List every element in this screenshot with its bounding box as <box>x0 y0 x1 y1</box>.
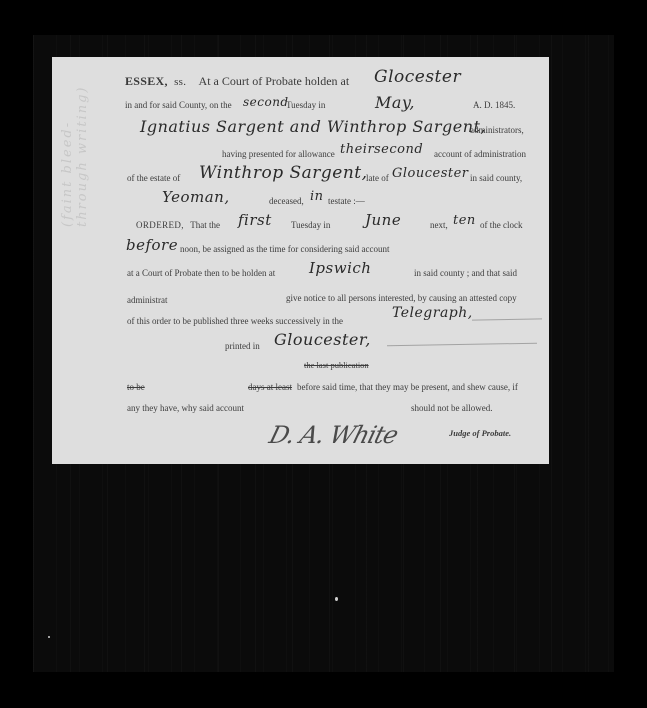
publish-order-text: of this order to be published three week… <box>127 316 343 326</box>
printed-place-handwritten: Gloucester, <box>274 330 371 349</box>
not-allowed-text: should not be allowed. <box>411 403 493 413</box>
hearing-place-handwritten: Ipswich <box>309 259 371 277</box>
court-place-handwritten: Glocester <box>374 67 461 87</box>
late-of-label: late of <box>366 173 389 183</box>
hearing-ordinal-handwritten: first <box>238 211 272 229</box>
give-notice-text: give notice to all persons interested, b… <box>286 293 517 303</box>
next-label: next, <box>430 220 448 230</box>
occupation-handwritten: Yeoman, <box>162 188 230 206</box>
noon-assigned-text: noon, be assigned as the time for consid… <box>180 244 389 254</box>
judge-of-probate-label: Judge of Probate. <box>449 428 511 438</box>
blank-rule <box>472 318 542 320</box>
struck-last-publication: the last publication <box>304 360 369 370</box>
blank-rule <box>387 343 537 347</box>
estate-of-label: of the estate of <box>127 173 180 183</box>
county-label: ESSEX, <box>125 74 168 88</box>
probate-document-page: (faint bleed-through writing) ESSEX, ss.… <box>52 57 549 464</box>
testate-prefix-handwritten: in <box>310 189 324 204</box>
allowance-text: having presented for allowance <box>222 149 335 159</box>
county-line-prefix: in and for said County, on the <box>125 100 232 110</box>
court-ordinal-handwritten: second <box>243 95 289 109</box>
court-month-handwritten: May, <box>375 93 415 112</box>
testate-label: testate :— <box>328 196 365 206</box>
hearing-month-handwritten: June <box>365 211 401 229</box>
court-text: At a Court of Probate holden at <box>199 74 350 88</box>
pronoun-handwritten: their <box>340 142 374 157</box>
why-said-account-text: any they have, why said account <box>127 403 244 413</box>
administrators-role: administrators, <box>470 125 524 135</box>
administrators-names-handwritten: Ignatius Sargent and Winthrop Sargent, <box>140 117 486 136</box>
administrators-notice-line: administrat <box>127 293 168 306</box>
dust-speck <box>48 636 50 638</box>
account-ordinal-handwritten: second <box>374 142 423 157</box>
said-county-text: in said county ; and that said <box>414 268 517 278</box>
before-said-time-text: before said time, that they may be prese… <box>297 382 518 392</box>
ordered-line: ORDERED, That the <box>136 220 220 230</box>
year-label: A. D. 1845. <box>473 100 515 110</box>
administrat-prefix: administrat <box>127 295 168 305</box>
struck-days-at-least: days at least <box>248 382 292 392</box>
deceased-label: deceased, <box>269 196 304 206</box>
hearing-hour-handwritten: ten <box>453 213 476 228</box>
that-the-label: That the <box>190 220 220 230</box>
of-the-clock-label: of the clock <box>480 220 522 230</box>
printed-in-label: printed in <box>225 341 260 351</box>
ordered-label: ORDERED, <box>136 220 184 230</box>
judge-signature: D. A. White <box>266 421 400 449</box>
header-line: ESSEX, ss. At a Court of Probate holden … <box>125 74 349 89</box>
struck-to-be: to be <box>127 382 145 392</box>
hearing-tuesday-label: Tuesday in <box>291 220 330 230</box>
newspaper-handwritten: Telegraph, <box>392 305 473 321</box>
ss-label: ss. <box>174 76 186 88</box>
account-of-administration-text: account of administration <box>434 149 526 159</box>
court-then-holden-text: at a Court of Probate then to be holden … <box>127 268 275 278</box>
town-handwritten: Gloucester <box>392 166 469 181</box>
deceased-name-handwritten: Winthrop Sargent, <box>199 163 368 183</box>
margin-bleed-through: (faint bleed-through writing) <box>60 67 130 227</box>
in-said-county-text: in said county, <box>470 173 522 183</box>
dust-speck <box>335 597 338 601</box>
before-noon-handwritten: before <box>126 236 178 254</box>
tuesday-in-label: Tuesday in <box>286 100 325 110</box>
